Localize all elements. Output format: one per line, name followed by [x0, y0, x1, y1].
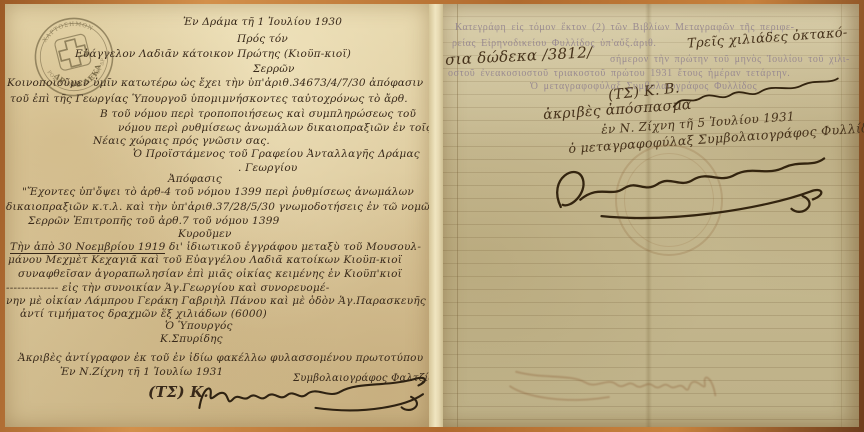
body-line: τοῦ ἐπὶ τῆς Γεωργίας Ὑπουργοῦ ὑπομιμνήσκ… — [10, 93, 408, 105]
decision-line: Τὴν ἀπὸ 30 Νοεμβρίου 1919 δι' ἰδιωτικοῦ … — [10, 241, 421, 253]
dateline: Ἐν Δράμα τῆ 1 Ἰουλίου 1930 — [183, 16, 342, 28]
body-line: Κοινοποιοῦμεν ὑμῖν κατωτέρω ὡς ἔχει τὴν … — [7, 77, 423, 89]
registry-typed-line: σήμερον τὴν πρώτην τοῦ μηνὸς Ἰουλίου τοῦ… — [610, 54, 850, 65]
decision-line: -------------- εἰς τὴν συνοικίαν Ἁγ.Γεωρ… — [6, 282, 329, 294]
right-page: Κατεγράφη εἰς τόμον ἕκτον (2) τῶν Βιβλίω… — [443, 4, 859, 427]
certification-dateline: Ἐν Ν.Ζίχνη τῆ 1 Ἰουλίω 1931 — [60, 366, 223, 378]
addressee-region: Σερρῶν — [253, 63, 295, 75]
body-line: Νέαις χώραις πρός γνῶσιν σας. — [93, 135, 270, 147]
addressee-intro: Πρός τόν — [237, 33, 288, 45]
decision-line: μάνου Μεχμὲτ Κεχαγιᾶ καὶ τοῦ Εὐαγγέλου Λ… — [8, 254, 402, 266]
body-line: νόμου περὶ ρυθμίσεως ἀνωμάλων δικαιοπραξ… — [118, 122, 432, 134]
registry-typed-line: Κατεγράφη εἰς τόμον ἕκτον (2) τῶν Βιβλίω… — [455, 22, 795, 33]
left-page: ΧΑΡΤΟΣΗΜΟΝ ΔΡ. 10 ΔΕΚΑ ΠΡΟΣΘΕΤΟΥ ΠΟΣΟΣΤΟ… — [5, 4, 429, 427]
minister-title: Ὁ Ὑπουργός — [165, 320, 233, 332]
price-line: ἀντί τιμήματος δραχμῶν ἕξ χιλιάδων (6000… — [20, 308, 267, 320]
certification-line: Ἀκριβὲς ἀντίγραφον ἐκ τοῦ ἐν ἰδίω φακέλλ… — [18, 352, 423, 364]
section-heading-apofasis: Ἀπόφασις — [168, 173, 222, 185]
decision-line: "Ἔχοντες ὑπ'ὄψει τὸ ἀρθ-4 τοῦ νόμου 1399… — [22, 186, 414, 198]
decision-line: συναφθεῖσαν ἀγοραπωλησίαν ἐπὶ μιᾶς οἰκία… — [18, 268, 402, 280]
addressee-name: Εὐάγγελον Λαδιᾶν κάτοικον Πρώτης (Κιοϋπ-… — [75, 48, 351, 60]
bleedthrough-signature — [480, 361, 741, 414]
registry-typed-line: οστοῦ ἐνεακοσιοστοῦ τριακοστοῦ πρώτου 19… — [448, 68, 790, 79]
decision-line-rest: δι' ἰδιωτικοῦ ἐγγράφου μεταξὺ τοῦ Μουσου… — [169, 241, 421, 253]
official-title: Ὁ Προϊστάμενος τοῦ Γραφείου Ἀνταλλαγῆς Δ… — [133, 148, 420, 160]
page-seam — [429, 4, 443, 427]
document-scan: ΧΑΡΤΟΣΗΜΟΝ ΔΡ. 10 ΔΕΚΑ ΠΡΟΣΘΕΤΟΥ ΠΟΣΟΣΤΟ… — [0, 0, 864, 432]
decision-line: δικαιοπραξιῶν κ.τ.λ. καὶ τὴν ὑπ'ἀριθ.37/… — [6, 201, 430, 213]
decision-line: νην μὲ οἰκίαν Λάμπρου Γεράκη Γαβριὴλ Πάν… — [6, 295, 426, 307]
decision-line: Σερρῶν Ἐπιτροπῆς τοῦ ἀρθ.7 τοῦ νόμου 139… — [28, 215, 280, 227]
notary-signature — [194, 368, 432, 428]
minister-name: Κ.Σπυρίδης — [160, 333, 223, 345]
body-line: Β τοῦ νόμου περὶ τροποποιήσεως καὶ συμπλ… — [100, 108, 416, 120]
official-name: . Γεωργίου — [238, 162, 297, 174]
underlined-date: Τὴν ἀπὸ 30 Νοεμβρίου 1919 — [10, 241, 165, 254]
section-heading-kyroumen: Κυροῦμεν — [178, 228, 232, 240]
